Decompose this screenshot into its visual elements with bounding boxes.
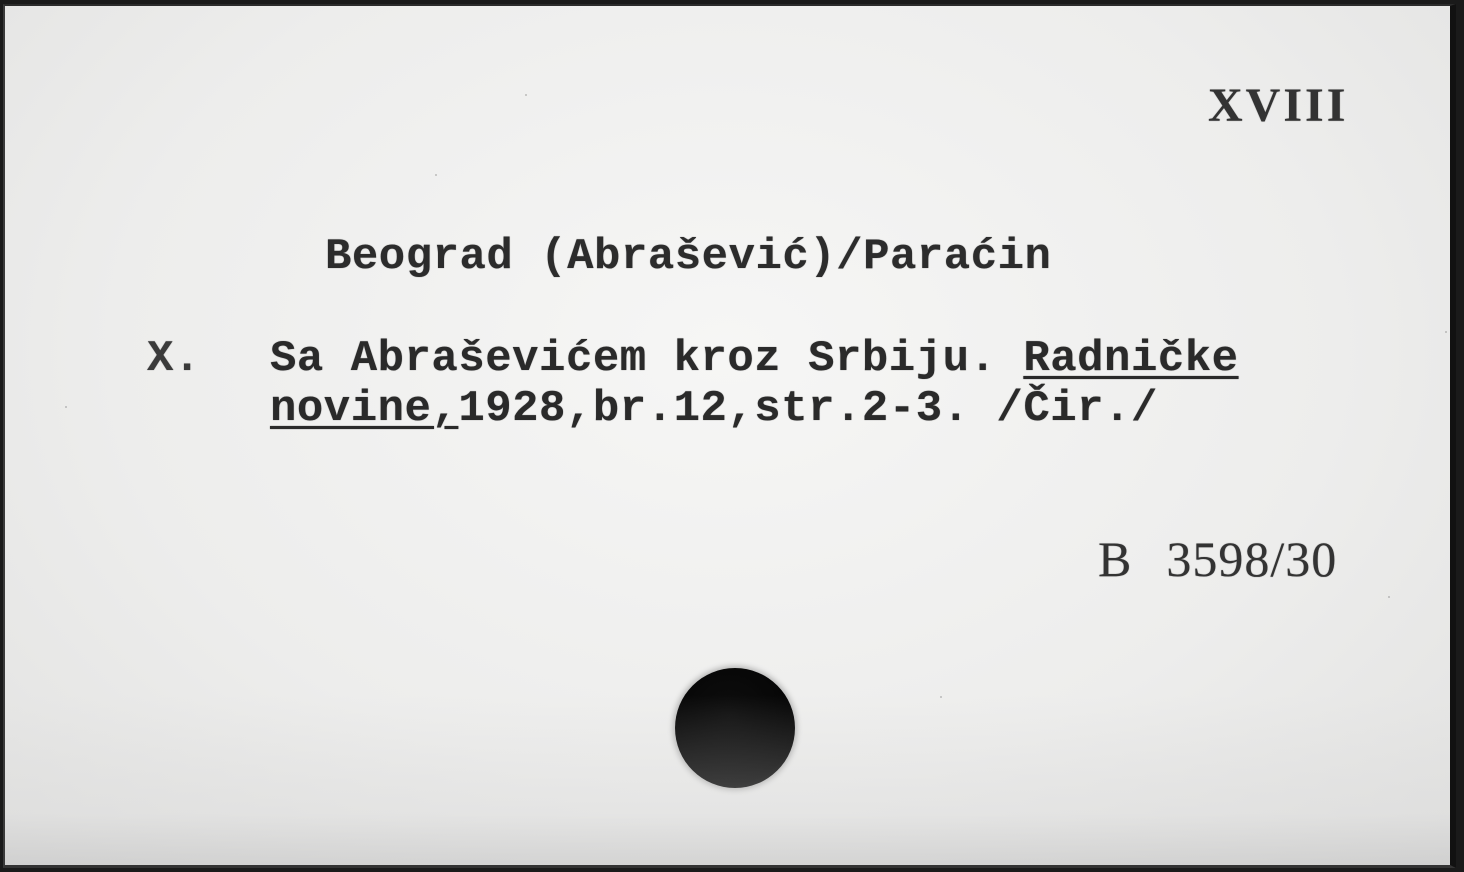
paper-speck (940, 696, 942, 698)
catalog-card: XVIII Beograd (Abrašević)/Paraćin X. Sa … (3, 4, 1456, 868)
entry-marker: X. (147, 334, 201, 384)
section-number: XVIII (1208, 78, 1348, 133)
punch-hole (675, 668, 795, 788)
call-number-value: 3598/30 (1166, 531, 1337, 587)
entry-line-1: Sa Abraševićem kroz Srbiju. Radničke (270, 334, 1239, 384)
paper-speck (435, 174, 437, 176)
publication-name-part-1: Radničke (1023, 334, 1238, 384)
paper-speck (65, 406, 67, 408)
paper-speck (525, 94, 527, 96)
entry-title: Sa Abraševićem kroz Srbiju. (270, 334, 1023, 384)
publication-name-part-2: novine, (270, 384, 458, 434)
call-number: B3598/30 (1098, 530, 1337, 588)
paper-speck (1388, 596, 1390, 598)
card-heading: Beograd (Abrašević)/Paraćin (325, 232, 1051, 282)
entry-line-2: novine,1928,br.12,str.2-3. /Čir./ (270, 384, 1158, 434)
paper-speck (1445, 331, 1447, 333)
call-number-prefix: B (1098, 531, 1132, 587)
publication-details: 1928,br.12,str.2-3. /Čir./ (458, 384, 1158, 434)
